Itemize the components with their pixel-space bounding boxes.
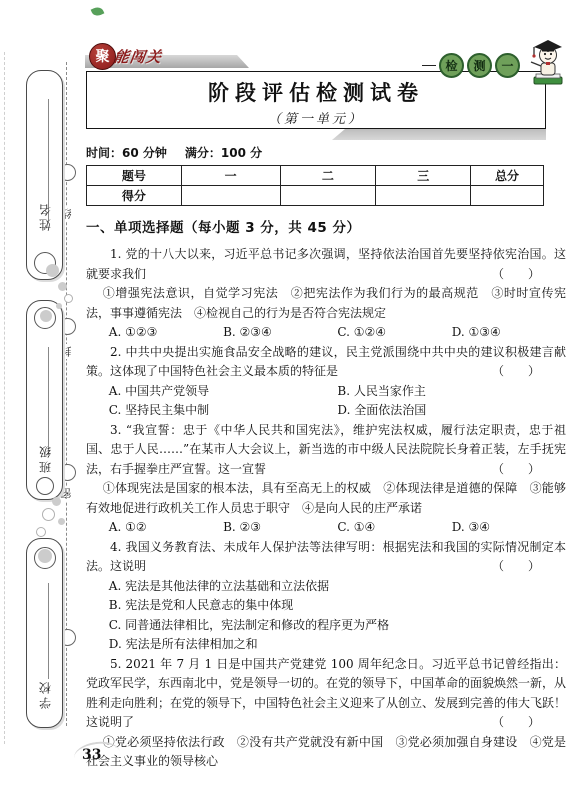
answer-bracket: （ ）: [492, 460, 540, 480]
name-label: 姓名: [36, 201, 53, 231]
answer-bracket: （ ）: [492, 265, 540, 285]
question-stem: 1. 党的十八大以来，习近平总书记多次强调，坚持依法治国首先要坚持依宪治国。这就…: [86, 245, 566, 284]
decor-bubble: [42, 508, 55, 521]
binding-hole: [36, 477, 54, 495]
option: A. ①②③: [109, 323, 223, 343]
cell-part-1: 一: [181, 166, 280, 186]
time-limit: 时间：60 分钟: [86, 144, 167, 161]
option: A. ①②: [109, 518, 223, 538]
cell-score-label: 得分: [87, 186, 182, 206]
question-statements: ①体现宪法是国家的根本法，具有至高无上的权威 ②体现法律是道德的保障 ③能够有效…: [86, 479, 566, 518]
page-edge-trim-line: [4, 52, 5, 744]
option: D. ①③④: [452, 323, 566, 343]
question-1: 1. 党的十八大以来，习近平总书记多次强调，坚持依法治国首先要坚持依宪治国。这就…: [86, 245, 566, 343]
cell-part-3: 三: [376, 166, 471, 186]
brand-logo: 聚 能闯关: [89, 42, 162, 70]
title-box-shadow: [332, 129, 546, 140]
score-table-header-row: 题号 一 二 三 总分: [87, 166, 544, 186]
question-4: 4. 我国义务教育法、未成年人保护法等法律写明：根据宪法和我国的实际情况制定本法…: [86, 538, 566, 655]
option: D. 全面依法治国: [337, 401, 566, 421]
decor-bubble: [64, 294, 73, 303]
option: D. 宪法是所有法律相加之和: [109, 635, 566, 655]
cell-total: 总分: [471, 166, 544, 186]
exam-page: 线 封 密 姓名 班级 学校 聚 能闯关 检: [0, 0, 580, 812]
decor-bubble: [52, 497, 61, 506]
question-statements: ①党必须坚持依法行政 ②没有共产党就没有新中国 ③党必须加强自身建设 ④党是社会…: [86, 733, 566, 772]
option: C. 坚持民主集中制: [109, 401, 338, 421]
class-label: 班级: [36, 443, 53, 473]
question-5: 5. 2021 年 7 月 1 日是中国共产党建党 100 周年纪念日。习近平总…: [86, 655, 566, 772]
options-row: A. 中国共产党领导B. 人民当家作主C. 坚持民主集中制D. 全面依法治国: [86, 382, 566, 421]
fill-in-line: [48, 583, 49, 679]
question-stem: 4. 我国义务教育法、未成年人保护法等法律写明：根据宪法和我国的实际情况制定本法…: [86, 538, 566, 577]
option: C. 同普通法律相比，宪法制定和修改的程序更为严格: [109, 616, 566, 636]
fill-in-line: [48, 347, 49, 455]
decor-bubble: [58, 518, 65, 525]
paper-header: 聚 能闯关 检 测 一: [86, 42, 566, 143]
page-number: 33: [82, 747, 101, 763]
exam-meta: 时间：60 分钟 满分：100 分: [86, 144, 566, 161]
score-table-score-row: 得分: [87, 186, 544, 206]
option: D. ③④: [452, 518, 566, 538]
question-list: 1. 党的十八大以来，习近平总书记多次强调，坚持依法治国首先要坚持依宪治国。这就…: [86, 245, 566, 772]
cell-question-no: 题号: [87, 166, 182, 186]
option: A. 中国共产党领导: [109, 382, 338, 402]
school-label: 学校: [36, 679, 53, 709]
graduate-mascot-icon: [528, 36, 566, 86]
decor-bubble: [56, 303, 62, 309]
score-table: 题号 一 二 三 总分 得分: [86, 165, 544, 206]
question-stem: 2. 中共中央提出实施食品安全战略的建议，民主党派围绕中共中央的建议积极建言献策…: [86, 343, 566, 382]
badge-circle-2: 测: [467, 53, 492, 78]
question-2: 2. 中共中央提出实施食品安全战略的建议，民主党派围绕中共中央的建议积极建言献策…: [86, 343, 566, 421]
question-statements: ①增强宪法意识，自觉学习宪法 ②把宪法作为我们行为的最高规范 ③时时宣传宪法，事…: [86, 284, 566, 323]
title-box: 阶段评估检测试卷 （第一单元）: [86, 71, 546, 129]
section-title: 一、单项选择题: [86, 220, 184, 236]
badge-circle-1: 检: [439, 53, 464, 78]
main-content: 聚 能闯关 检 测 一: [86, 42, 566, 772]
brand-text: 能闯关: [113, 46, 164, 67]
decor-bubble: [58, 282, 67, 291]
seal-dashed-line: [66, 62, 67, 726]
option: B. ②③: [223, 518, 337, 538]
section-note: （每小题 3 分，共 45 分）: [184, 220, 360, 236]
question-stem: 3. “我宣誓：忠于《中华人民共和国宪法》，维护宪法权威，履行法定职责，忠于祖国…: [86, 421, 566, 480]
option: B. 宪法是党和人民意志的集中体现: [109, 596, 566, 616]
badge-circle-3: 一: [495, 53, 520, 78]
options-row: A. 宪法是其他法律的立法基础和立法依据B. 宪法是党和人民意志的集中体现C. …: [86, 577, 566, 655]
option: C. ①②④: [337, 323, 451, 343]
section-heading: 一、单项选择题（每小题 3 分，共 45 分）: [86, 216, 566, 236]
name-field-pill: 姓名: [26, 70, 63, 280]
cell-score-total: [471, 186, 544, 206]
options-row: A. ①②③B. ②③④C. ①②④D. ①③④: [86, 323, 566, 343]
full-score: 满分：100 分: [185, 144, 262, 161]
question-stem: 5. 2021 年 7 月 1 日是中国共产党建党 100 周年纪念日。习近平总…: [86, 655, 566, 733]
decor-bubble: [40, 310, 52, 322]
option: C. ①④: [337, 518, 451, 538]
test-number-badge: 检 测 一: [422, 53, 520, 78]
option: B. 人民当家作主: [337, 382, 566, 402]
paper-subtitle: （第一单元）: [87, 108, 545, 127]
answer-bracket: （ ）: [492, 713, 540, 733]
decor-bubble: [36, 527, 46, 537]
option: A. 宪法是其他法律的立法基础和立法依据: [109, 577, 566, 597]
leaf-icon: [91, 5, 105, 18]
decor-bubble: [38, 549, 52, 563]
badge-lead-line: [422, 65, 436, 66]
answer-bracket: （ ）: [492, 362, 540, 382]
decor-bubble: [46, 264, 59, 277]
paper-title: 阶段评估检测试卷: [87, 77, 545, 107]
cell-score-3: [376, 186, 471, 206]
question-3: 3. “我宣誓：忠于《中华人民共和国宪法》，维护宪法权威，履行法定职责，忠于祖国…: [86, 421, 566, 538]
option: B. ②③④: [223, 323, 337, 343]
cell-score-2: [280, 186, 376, 206]
class-field-pill: 班级: [26, 300, 63, 500]
cell-part-2: 二: [280, 166, 376, 186]
school-field-pill: 学校: [26, 538, 63, 728]
cell-score-1: [181, 186, 280, 206]
answer-bracket: （ ）: [492, 557, 540, 577]
options-row: A. ①②B. ②③C. ①④D. ③④: [86, 518, 566, 538]
